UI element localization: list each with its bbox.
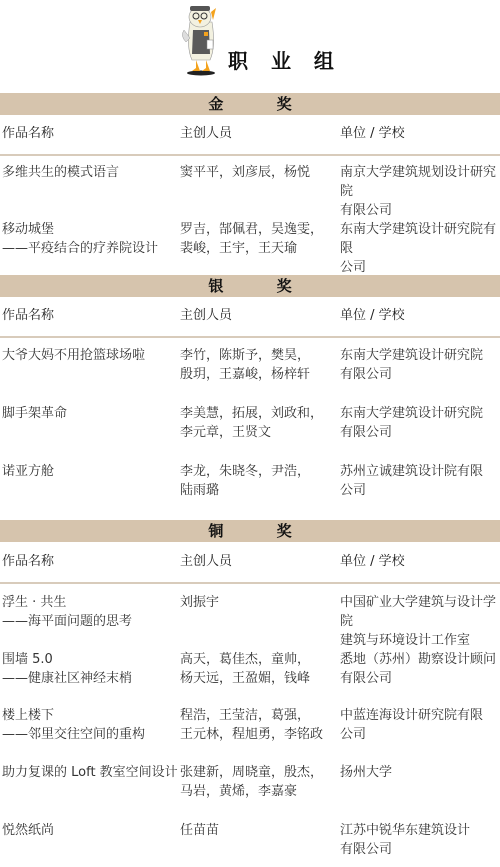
- creators: 高天，葛佳杰，童帅， 杨天远，王盈媚，钱峰: [180, 650, 335, 688]
- column-header-unit: 单位 / 学校: [340, 304, 405, 323]
- work-title: 脚手架革命: [2, 404, 180, 423]
- unit: 东南大学建筑设计研究院有限 公司: [340, 220, 500, 277]
- work-title: 围墙 5.0 ——健康社区神经末梢: [2, 650, 180, 688]
- divider: [0, 336, 500, 338]
- creators: 刘振宇: [180, 593, 335, 612]
- award-band-silver: 银 奖: [0, 275, 500, 297]
- unit: 悉地（苏州）勘察设计顾问 有限公司: [340, 650, 500, 688]
- unit: 苏州立诚建筑设计院有限 公司: [340, 462, 500, 500]
- divider: [0, 582, 500, 584]
- unit: 中国矿业大学建筑与设计学院 建筑与环境设计工作室: [340, 593, 500, 650]
- unit: 东南大学建筑设计研究院 有限公司: [340, 404, 500, 442]
- award-band-bronze: 铜 奖: [0, 520, 500, 542]
- page-header: 职 业 组: [0, 0, 500, 90]
- creators: 李龙，朱晓冬，尹浩， 陆雨璐: [180, 462, 335, 500]
- page-title: 职 业 组: [228, 45, 342, 74]
- column-header-work: 作品名称: [2, 122, 54, 141]
- unit: 南京大学建筑规划设计研究院 有限公司: [340, 163, 500, 220]
- work-title: 楼上楼下 ——邻里交往空间的重构: [2, 706, 180, 744]
- work-title: 多维共生的模式语言: [2, 163, 180, 182]
- column-header-work: 作品名称: [2, 304, 54, 323]
- award-band-gold: 金 奖: [0, 93, 500, 115]
- unit: 中蓝连海设计研究院有限 公司: [340, 706, 500, 744]
- unit: 江苏中锐华东建筑设计 有限公司: [340, 821, 500, 859]
- column-header-row: 作品名称 主创人员 单位 / 学校: [0, 304, 500, 324]
- column-header-creators: 主创人员: [180, 304, 232, 323]
- creators: 李美慧，拓展，刘政和， 李元章，王贤文: [180, 404, 335, 442]
- creators: 任苗苗: [180, 821, 335, 840]
- creators: 程浩，王莹洁，葛强， 王元林，程旭勇，李铭政: [180, 706, 335, 744]
- work-title: 诺亚方舱: [2, 462, 180, 481]
- owl-mascot-icon: [176, 2, 226, 76]
- creators: 张建新，周晓童，殷杰， 马岩，黄烯，李嘉豪: [180, 763, 335, 801]
- work-title: 悦然纸尚: [2, 821, 180, 840]
- creators: 李竹，陈斯予，樊昊， 殷玥，王嘉峻，杨梓轩: [180, 346, 335, 384]
- column-header-unit: 单位 / 学校: [340, 122, 405, 141]
- work-title: 移动城堡 ——平疫结合的疗养院设计: [2, 220, 180, 258]
- column-header-creators: 主创人员: [180, 122, 232, 141]
- column-header-work: 作品名称: [2, 550, 54, 569]
- column-header-unit: 单位 / 学校: [340, 550, 405, 569]
- work-title: 大爷大妈不用抢篮球场啦: [2, 346, 180, 365]
- work-title: 浮生 · 共生 ——海平面问题的思考: [2, 593, 180, 631]
- column-header-row: 作品名称 主创人员 单位 / 学校: [0, 122, 500, 142]
- column-header-row: 作品名称 主创人员 单位 / 学校: [0, 550, 500, 570]
- creators: 罗吉，郜佩君，吴逸雯， 裴峻，王宇，王天瑜: [180, 220, 335, 258]
- divider: [0, 154, 500, 156]
- unit: 扬州大学: [340, 763, 500, 782]
- work-title: 助力复课的 Loft 教室空间设计: [2, 763, 180, 782]
- unit: 东南大学建筑设计研究院 有限公司: [340, 346, 500, 384]
- column-header-creators: 主创人员: [180, 550, 232, 569]
- creators: 窦平平，刘彦辰，杨悦: [180, 163, 335, 182]
